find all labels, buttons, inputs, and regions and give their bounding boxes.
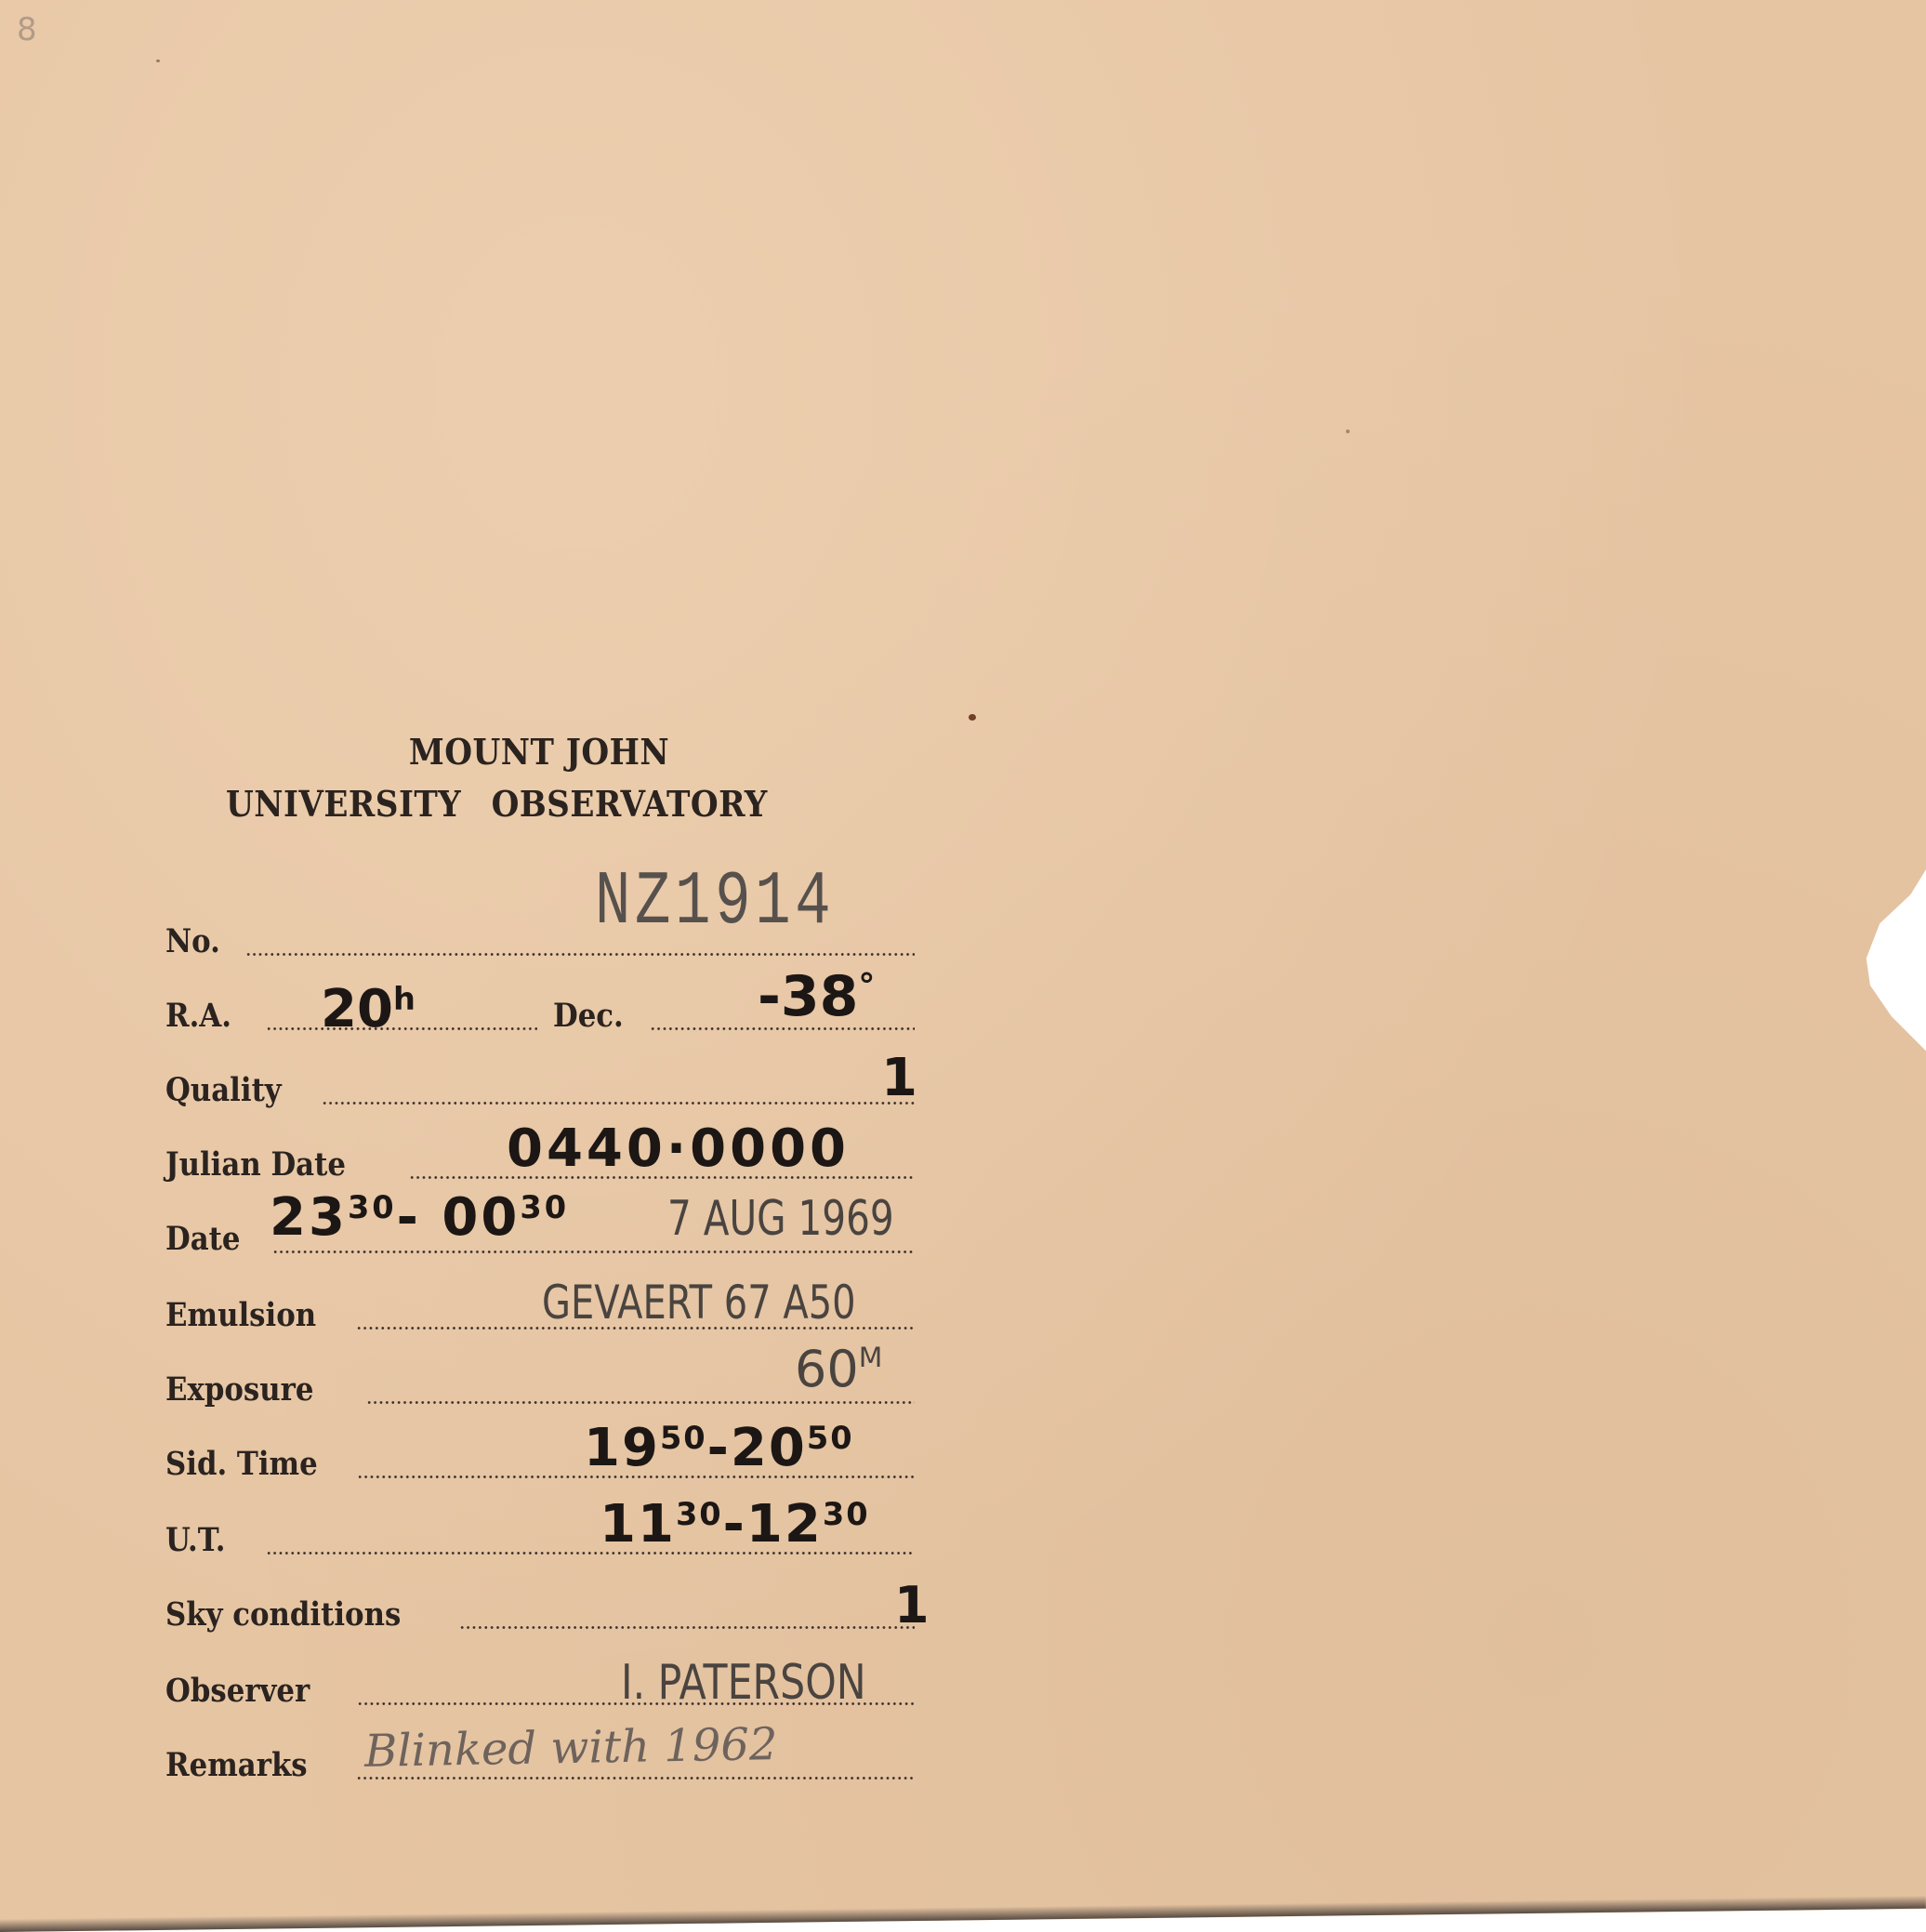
dotted-line (272, 1251, 915, 1253)
emulsion-stamp: GEVAERT 67 A50 (542, 1279, 856, 1326)
plate-number-stamp: NZ1914 (595, 865, 835, 941)
field-sky-conditions: Sky conditions (165, 1575, 915, 1631)
corner-pencil-mark: 8 (17, 11, 37, 48)
dotted-line (245, 953, 915, 956)
field-label: Observer (165, 1674, 310, 1707)
date-time-range: 2330- 0030 (270, 1192, 569, 1244)
field-label: Quality (165, 1074, 282, 1106)
field-quality: Quality (165, 1051, 915, 1106)
dec-value: -38° (758, 969, 875, 1025)
field-label: No. (165, 925, 220, 958)
paper-speck (156, 60, 160, 62)
dotted-line (459, 1626, 915, 1629)
sky-conditions-value: 1 (894, 1581, 930, 1631)
observer-stamp: I. PATERSON (621, 1659, 866, 1707)
exposure-stamp: 60M (795, 1344, 882, 1395)
plate-envelope (0, 0, 1926, 1932)
field-label: R.A. (165, 999, 231, 1032)
ra-value: 20h (321, 984, 416, 1036)
dotted-line (356, 1777, 915, 1780)
field-label: Emulsion (165, 1299, 316, 1331)
header-line-1: MOUNT JOHN (204, 731, 874, 773)
paper-speck (969, 714, 976, 721)
header-observatory: OBSERVATORY (492, 783, 768, 825)
field-label: Date (165, 1223, 240, 1255)
remarks-handwriting: Blinked with 1962 (364, 1722, 778, 1774)
sid-time-range: 1950-2050 (584, 1423, 854, 1475)
field-label: Remarks (165, 1749, 308, 1781)
quality-value: 1 (881, 1052, 917, 1105)
paper-speck (1346, 430, 1350, 433)
julian-date-value: 0440·0000 (507, 1123, 850, 1175)
field-label: Sid. Time (165, 1448, 318, 1480)
ut-range: 1130-1230 (600, 1499, 870, 1551)
field-label: Sky conditions (165, 1598, 401, 1631)
field-label: Julian Date (165, 1148, 346, 1181)
field-label: Dec. (553, 999, 624, 1032)
dotted-line (322, 1102, 915, 1105)
header-university: UNIVERSITY (226, 783, 461, 825)
header-line-2: UNIVERSITYOBSERVATORY (167, 783, 929, 825)
dotted-line (366, 1401, 915, 1404)
date-stamp: 7 AUG 1969 (667, 1195, 894, 1243)
field-label: Exposure (165, 1373, 313, 1406)
field-label: U.T. (165, 1524, 225, 1556)
